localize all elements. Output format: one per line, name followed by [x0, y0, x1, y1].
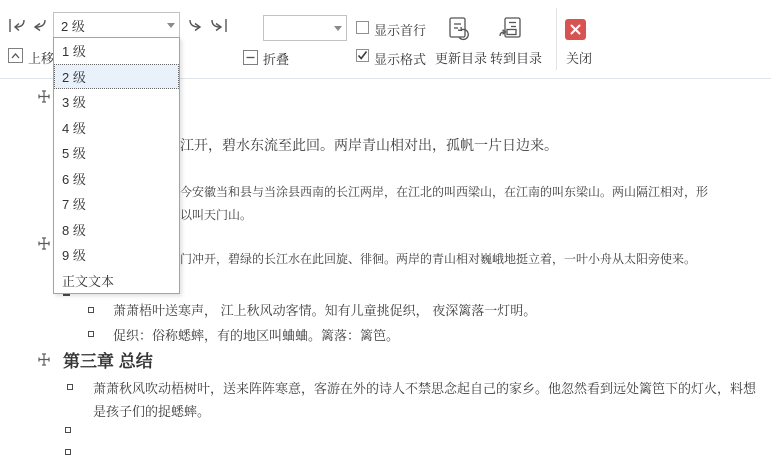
outline-level-combobox[interactable]: 2 级 [53, 12, 180, 38]
note-bullet-line: 促织：俗称蟋蟀，有的地区叫蛐蛐。篱落：篱笆。 [113, 325, 399, 344]
combobox-caret-icon[interactable] [330, 16, 346, 40]
outline-expand-icon[interactable] [38, 353, 50, 366]
outline-level-option[interactable]: 正文文本 [54, 268, 179, 294]
outline-level-option[interactable]: 8 级 [54, 217, 179, 243]
outline-level-option[interactable]: 7 级 [54, 191, 179, 217]
collapse-icon[interactable] [243, 50, 258, 65]
body-text-bullet-icon[interactable] [88, 307, 94, 313]
outline-level-option[interactable]: 6 级 [54, 166, 179, 192]
promote-to-heading1-button[interactable] [8, 17, 27, 34]
demote-button[interactable] [187, 17, 204, 34]
summary-line-1: 萧萧秋风吹动梧树叶，送来阵阵寒意，客游在外的诗人不禁思念起自己的家乡。他忽然看到… [93, 378, 756, 397]
show-first-line-checkbox[interactable] [356, 21, 369, 34]
outline-level-option[interactable]: 9 级 [54, 242, 179, 268]
empty-bullet-icon[interactable] [65, 449, 71, 455]
outline-level-dropdown-list: 1 级 2 级 3 级 4 级 5 级 6 级 7 级 8 级 9 级 正文文本 [53, 37, 180, 294]
combobox-caret-icon[interactable] [163, 13, 179, 37]
outline-level-option[interactable]: 3 级 [54, 89, 179, 115]
update-toc-icon[interactable] [443, 14, 473, 44]
outline-view-window: 2 级 显示首行 显示格式 更新目录 [0, 0, 771, 465]
collapse-label[interactable]: 折叠 [263, 49, 289, 68]
empty-bullet-icon[interactable] [65, 427, 71, 433]
translation-line: 天门冲开，碧绿的长江水在此回旋、徘徊。两岸的青山相对巍峨地挺立着，一叶小舟从太阳… [168, 250, 696, 267]
update-toc-label[interactable]: 更新目录 [435, 48, 487, 67]
body-text-bullet-icon[interactable] [67, 384, 73, 390]
style-combobox[interactable] [263, 15, 347, 41]
goto-toc-icon[interactable] [496, 14, 526, 44]
outline-level-option[interactable]: 5 级 [54, 140, 179, 166]
promote-button[interactable] [31, 17, 48, 34]
annotation-line-1: 在今安徽当和县与当涂县西南的长江两岸，在江北的叫西梁山，在江南的叫东梁山。两山隔… [168, 183, 708, 200]
move-up-label[interactable]: 上移 [28, 48, 54, 67]
poem-bullet-line: 萧萧梧叶送寒声， 江上秋风动客情。知有儿童挑促织， 夜深篱落一灯明。 [113, 300, 536, 319]
body-text-bullet-icon[interactable] [88, 331, 94, 337]
outline-expand-icon[interactable] [38, 90, 50, 103]
summary-line-2: 是孩子们的捉蟋蟀。 [93, 401, 210, 420]
toolbar-separator [556, 8, 557, 70]
outline-level-option-selected[interactable]: 2 级 [54, 64, 179, 90]
close-label[interactable]: 关闭 [566, 48, 592, 67]
annotation-line-2: 所以叫天门山。 [168, 206, 252, 223]
show-format-label: 显示格式 [374, 49, 426, 68]
outline-level-option[interactable]: 4 级 [54, 115, 179, 141]
show-first-line-label: 显示首行 [374, 20, 426, 39]
chapter-heading: 第三章 总结 [63, 347, 153, 372]
outline-level-value: 2 级 [54, 16, 163, 35]
move-up-icon[interactable] [8, 48, 23, 63]
outline-level-option[interactable]: 1 级 [54, 38, 179, 64]
show-format-checkbox[interactable] [356, 49, 369, 62]
close-icon[interactable] [565, 19, 586, 40]
poem-line: 楚江开，碧水东流至此回。两岸青山相对出，孤帆一片日边来。 [166, 135, 558, 155]
goto-toc-label[interactable]: 转到目录 [490, 48, 542, 67]
demote-to-body-button[interactable] [209, 17, 228, 34]
outline-expand-icon[interactable] [38, 237, 50, 250]
